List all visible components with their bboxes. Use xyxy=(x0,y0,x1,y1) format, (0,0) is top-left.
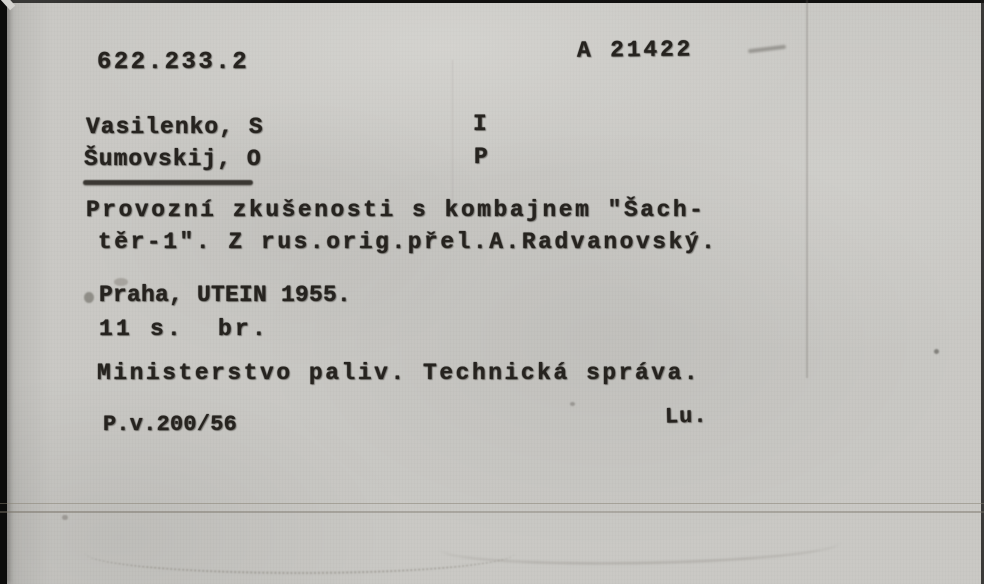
vertical-crease-faint xyxy=(452,60,453,210)
cataloguer-initials: Lu. xyxy=(665,406,708,429)
collation-line: 11 s. br. xyxy=(99,318,269,341)
author-name-2: Šumovskij, O xyxy=(84,148,262,171)
series-note: Ministerstvo paliv. Technická správa. xyxy=(97,362,700,385)
ink-smear xyxy=(748,45,786,54)
marginal-letter-1: I xyxy=(473,113,488,136)
paper-speck xyxy=(84,292,94,303)
author-underline xyxy=(83,180,253,185)
scan-edge-top xyxy=(0,0,984,3)
vertical-crease xyxy=(806,0,808,378)
paper-speck xyxy=(570,402,575,406)
title-line-1: Provozní zkušenosti s kombajnem "Šach- xyxy=(86,199,706,222)
scan-edge-left xyxy=(0,0,7,584)
paper-speck xyxy=(934,349,939,354)
imprint-line: Praha, UTEIN 1955. xyxy=(99,284,351,307)
author-name-1: Vasilenko, S xyxy=(86,116,264,139)
printed-rule-lower xyxy=(0,511,984,513)
accession-number: A 21422 xyxy=(577,38,693,62)
printed-rule-upper xyxy=(0,503,984,504)
paper-speck xyxy=(62,515,68,520)
marginal-letter-2: P xyxy=(474,146,489,169)
udc-number: 622.233.2 xyxy=(97,51,249,75)
record-number: P.v.200/56 xyxy=(103,414,237,436)
pencil-smudge-right xyxy=(440,525,841,568)
catalog-card: 622.233.2 A 21422 Vasilenko, S I Šumovsk… xyxy=(0,0,984,584)
title-line-2: těr-1". Z rus.orig.přel.A.Radvanovský. xyxy=(98,231,718,254)
